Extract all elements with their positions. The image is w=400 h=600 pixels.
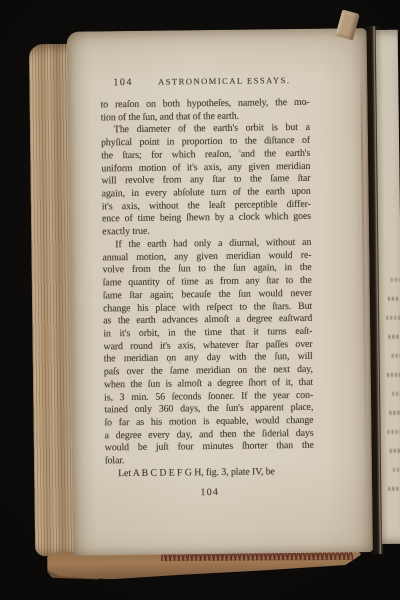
running-title: ASTRONOMICAL ESSAYS.: [158, 75, 290, 87]
body-line: to reaſon on both hypotheſes, namely, th…: [101, 97, 310, 112]
faint-text-mark: [391, 278, 400, 282]
faint-text-mark: [387, 373, 400, 377]
faint-text-mark: [392, 392, 400, 396]
signature-number: 104: [105, 485, 314, 499]
page-header: 104 ASTRONOMICAL ESSAYS.: [100, 75, 309, 90]
faint-text-mark: [393, 468, 400, 472]
faint-text-mark: [389, 411, 400, 415]
body-line: would be juſt four minutes ſhorter than …: [105, 440, 314, 455]
faint-text-mark: [388, 297, 400, 301]
faint-text-mark: [388, 335, 400, 339]
faint-text-mark: [388, 430, 400, 434]
book-page: 104 ASTRONOMICAL ESSAYS. to reaſon on bo…: [67, 28, 373, 556]
page-text: 104 ASTRONOMICAL ESSAYS. to reaſon on bo…: [100, 75, 314, 499]
open-book: 104 ASTRONOMICAL ESSAYS. to reaſon on bo…: [25, 18, 400, 589]
faint-text-mark: [386, 316, 400, 320]
body-line: Let A B C D E F G H, fig. 3, plate IV, b…: [105, 466, 314, 481]
faint-text-mark: [390, 449, 400, 453]
body-text: to reaſon on both hypotheſes, namely, th…: [101, 97, 315, 481]
folio-number: 104: [113, 77, 133, 88]
faint-text-mark: [392, 354, 400, 358]
faint-text-mark: [388, 487, 400, 491]
photo-background: 104 ASTRONOMICAL ESSAYS. to reaſon on bo…: [0, 0, 400, 600]
